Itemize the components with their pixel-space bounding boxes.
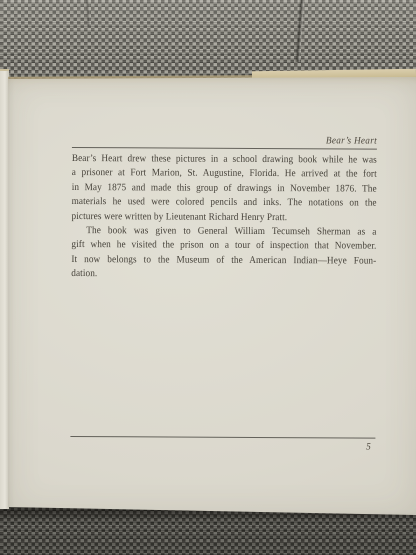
- text-line: materials he used were colored pencils a…: [72, 195, 377, 211]
- underpages-edge: [0, 69, 9, 509]
- body-text: Bear’s Heart drew these pictures in a sc…: [71, 152, 377, 283]
- header-rule: [72, 147, 377, 150]
- text-line: pictures were written by Lieutenant Rich…: [72, 210, 377, 226]
- text-line: dation.: [71, 267, 376, 283]
- page-number: 5: [70, 440, 375, 453]
- book-photo: Bear’s Heart Bear’s Heart drew these pic…: [0, 0, 416, 555]
- page-content: Bear’s Heart Bear’s Heart drew these pic…: [71, 134, 377, 283]
- text-line: in May 1875 and made this group of drawi…: [72, 181, 377, 197]
- text-line: It now belongs to the Museum of the Amer…: [71, 253, 376, 269]
- text-line: gift when he visited the prison on a tou…: [71, 238, 376, 254]
- running-header: Bear’s Heart: [72, 134, 377, 147]
- text-line: a prisoner at Fort Marion, St. Augustine…: [72, 166, 377, 182]
- page-footer: 5: [70, 434, 375, 453]
- paragraph-1: Bear’s Heart drew these pictures in a sc…: [72, 152, 377, 226]
- text-line: Bear’s Heart drew these pictures in a sc…: [72, 152, 377, 168]
- text-line: The book was given to General William Te…: [71, 224, 376, 240]
- book-page: Bear’s Heart Bear’s Heart drew these pic…: [8, 77, 416, 515]
- footer-rule: [70, 436, 375, 439]
- paragraph-2: The book was given to General William Te…: [71, 224, 376, 283]
